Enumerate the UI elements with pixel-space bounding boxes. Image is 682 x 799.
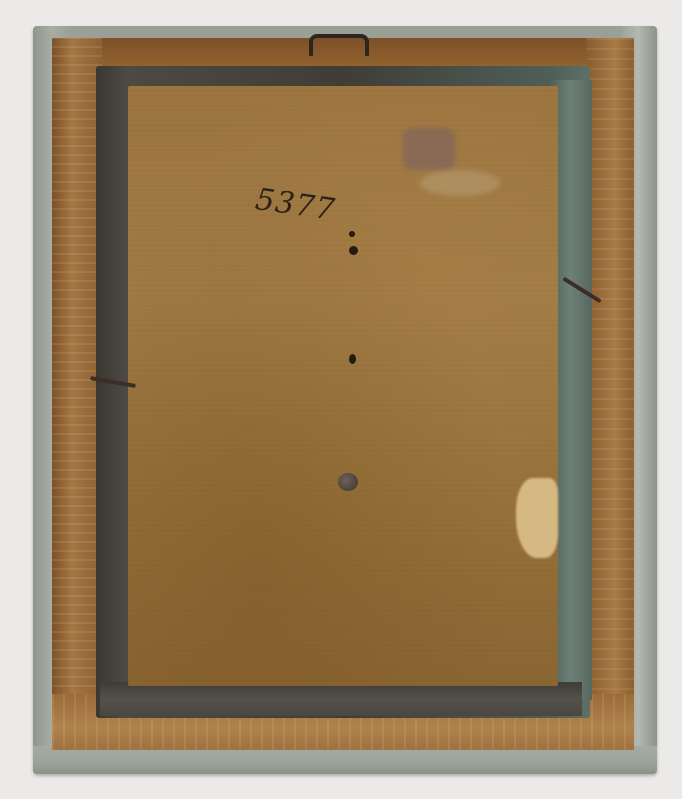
nail-hole	[349, 231, 355, 237]
stain-mark	[420, 170, 500, 196]
tape-bottom-strip	[100, 682, 582, 716]
nail-hole	[349, 354, 356, 364]
frame-left-rail	[52, 38, 102, 750]
paper-loss-patch	[516, 478, 558, 558]
hanger-loop-icon	[309, 34, 369, 56]
nail-hole	[349, 246, 358, 255]
frame-right-rail	[586, 38, 634, 750]
stain-mark	[403, 128, 455, 170]
nail-head	[338, 473, 358, 491]
photo-scene: 5377	[0, 0, 682, 799]
